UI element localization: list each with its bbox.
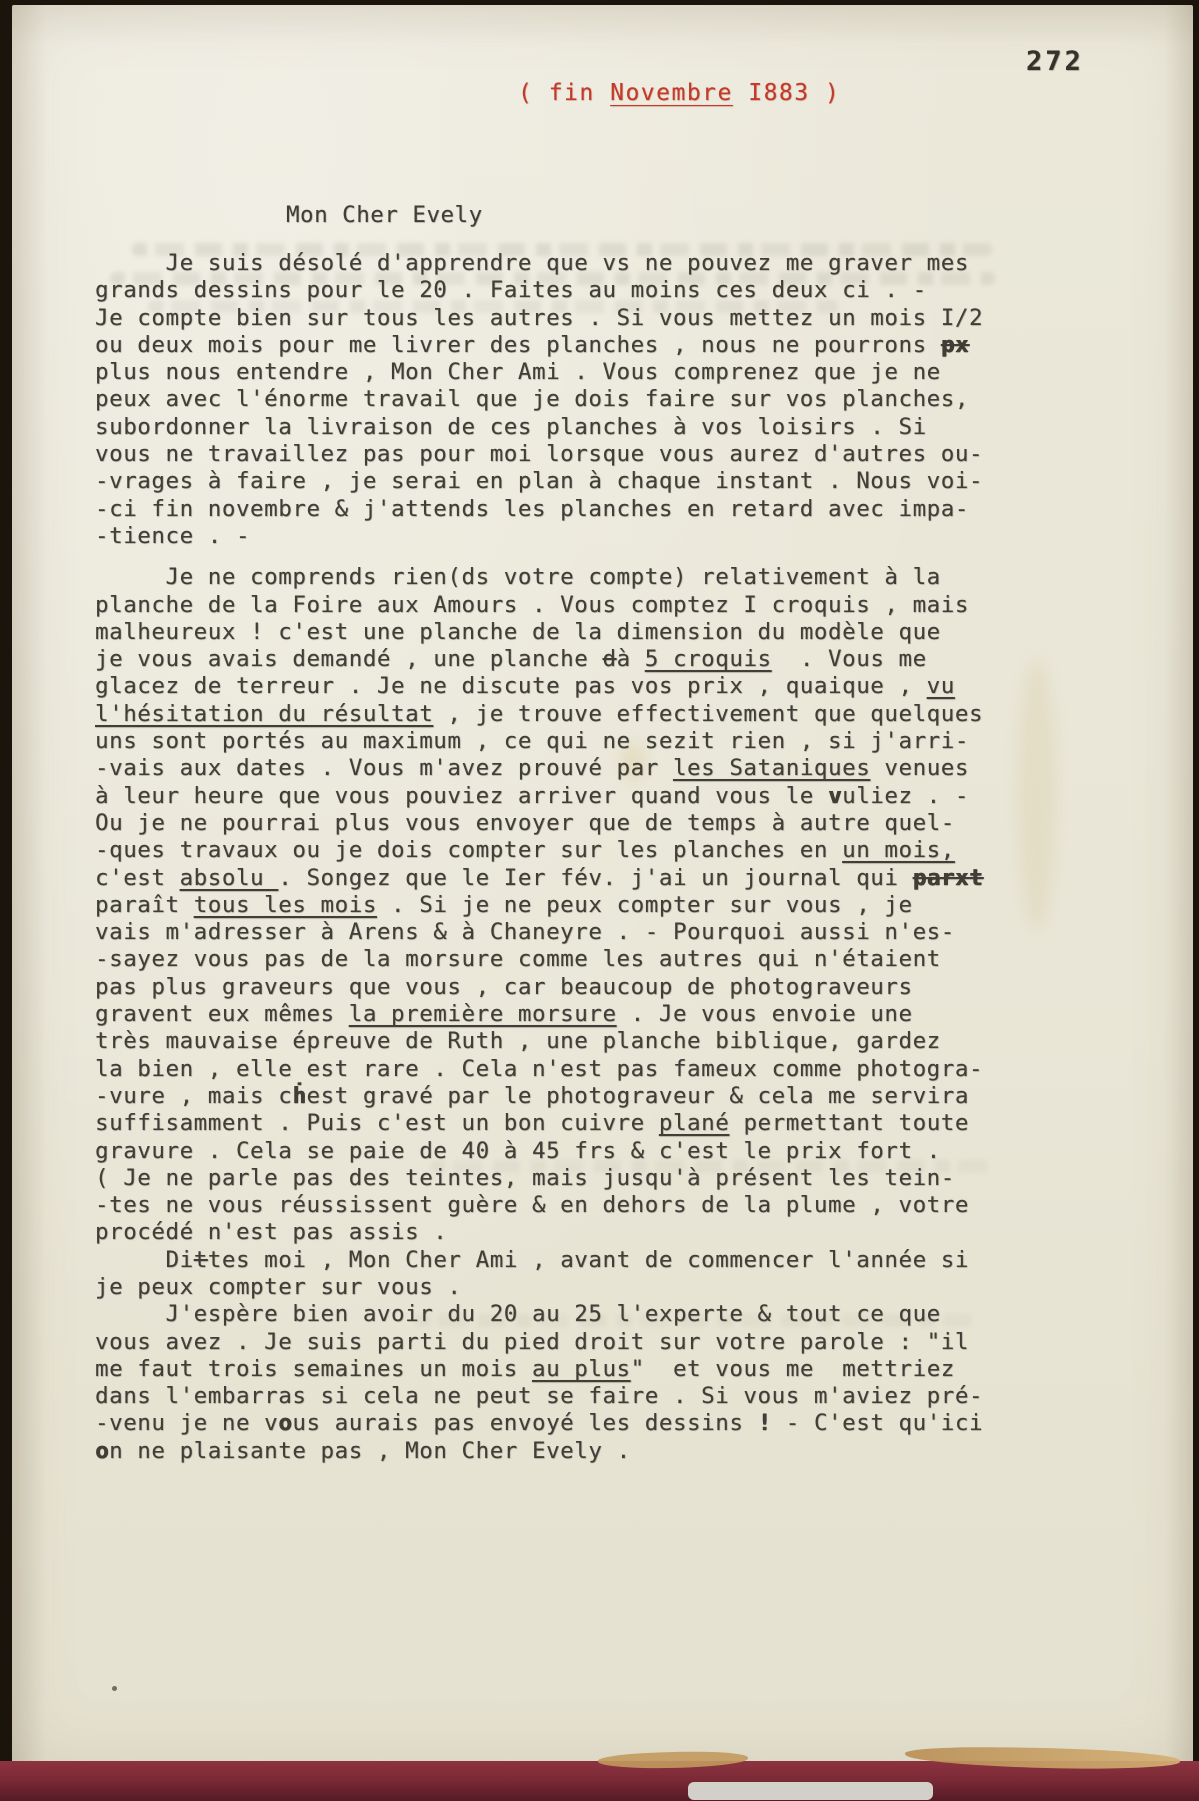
text-segment: malheureux ! c'est une planche de la dim… bbox=[95, 619, 941, 645]
text-segment: procédé n'est pas assis . bbox=[95, 1219, 447, 1245]
text-segment: us aurais pas envoyé les dessins bbox=[292, 1410, 757, 1436]
typed-line: glacez de terreur . Je ne discute pas vo… bbox=[95, 673, 1045, 700]
typed-line: Je suis désolé d'apprendre que vs ne pou… bbox=[95, 250, 1045, 277]
text-segment: paraît bbox=[95, 892, 194, 918]
typed-line: suffisamment . Puis c'est un bon cuivre … bbox=[95, 1110, 1045, 1137]
text-segment: Ou je ne pourrai plus vous envoyer que d… bbox=[95, 810, 955, 836]
typed-line: uns sont portés au maximum , ce qui ne s… bbox=[95, 728, 1045, 755]
typed-line: -venu je ne vous aurais pas envoyé les d… bbox=[95, 1410, 1045, 1437]
text-segment: peux avec l'énorme travail que je dois f… bbox=[95, 386, 969, 412]
text-segment: un mois, bbox=[842, 837, 955, 863]
text-segment: -tience . - bbox=[95, 523, 250, 549]
text-segment: à leur heure que vous pouviez arriver qu… bbox=[95, 783, 828, 809]
typed-line: ( Je ne parle pas des teintes, mais jusq… bbox=[95, 1165, 1045, 1192]
text-segment: pas plus graveurs que vous , car beaucou… bbox=[95, 974, 913, 1000]
text-segment: tes moi , Mon Cher Ami , avant de commen… bbox=[208, 1247, 969, 1273]
typed-line: Ou je ne pourrai plus vous envoyer que d… bbox=[95, 810, 1045, 837]
text-segment: au plus bbox=[532, 1356, 631, 1382]
text-segment: t bbox=[194, 1247, 208, 1273]
scanned-letter-page: { "page": { "number": "272", "salutation… bbox=[0, 0, 1199, 1801]
text-segment: d bbox=[602, 646, 616, 672]
text-segment: -vure , mais c bbox=[95, 1083, 292, 1109]
typed-line: Je compte bien sur tous les autres . Si … bbox=[95, 305, 1045, 332]
text-segment: vu bbox=[927, 673, 955, 699]
text-segment: c'est bbox=[95, 865, 180, 891]
text-segment: -ci fin novembre & j'attends les planche… bbox=[95, 496, 969, 522]
typed-line: vous ne travaillez pas pour moi lorsque … bbox=[95, 441, 1045, 468]
text-segment: -venu je ne v bbox=[95, 1410, 278, 1436]
typed-line: planche de la Foire aux Amours . Vous co… bbox=[95, 592, 1045, 619]
typed-line: -vure , mais cḣest gravé par le photogra… bbox=[95, 1083, 1045, 1110]
text-segment: permettant toute bbox=[729, 1110, 969, 1136]
typed-line: je peux compter sur vous . bbox=[95, 1274, 1045, 1301]
typed-line: gravent eux mêmes la première morsure . … bbox=[95, 1001, 1045, 1028]
text-segment: parxt bbox=[913, 865, 983, 891]
typed-line: ou deux mois pour me livrer des planches… bbox=[95, 332, 1045, 359]
typed-line: c'est absolu . Songez que le Ier fév. j'… bbox=[95, 865, 1045, 892]
text-segment: à bbox=[617, 646, 645, 672]
paragraph: Je ne comprends rien(ds votre compte) re… bbox=[95, 564, 1045, 1246]
typed-line: à leur heure que vous pouviez arriver qu… bbox=[95, 783, 1045, 810]
text-segment: suffisamment . Puis c'est un bon cuivre bbox=[95, 1110, 659, 1136]
text-segment: uliez . - bbox=[842, 783, 969, 809]
text-segment: je peux compter sur vous . bbox=[95, 1274, 462, 1300]
paragraph: J'espère bien avoir du 20 au 25 l'expert… bbox=[95, 1301, 1045, 1465]
text-segment: ( Je ne parle pas des teintes, mais jusq… bbox=[95, 1165, 955, 1191]
text-segment: Je ne comprends rien(ds votre compte) re… bbox=[95, 564, 941, 590]
typed-line: la bien , elle est rare . Cela n'est pas… bbox=[95, 1056, 1045, 1083]
text-segment: planche de la Foire aux Amours . Vous co… bbox=[95, 592, 969, 618]
typed-line: -ci fin novembre & j'attends les planche… bbox=[95, 496, 1045, 523]
binding-gap bbox=[688, 1782, 933, 1800]
text-segment: uns sont portés au maximum , ce qui ne s… bbox=[95, 728, 969, 754]
text-segment: -vrages à faire , je serai en plan à cha… bbox=[95, 468, 983, 494]
text-segment: " et vous me mettriez bbox=[631, 1356, 955, 1382]
text-segment: me faut trois semaines un mois bbox=[95, 1356, 532, 1382]
text-segment: J'espère bien avoir du 20 au 25 l'expert… bbox=[95, 1301, 941, 1327]
typed-line: vais m'adresser à Arens & à Chaneyre . -… bbox=[95, 919, 1045, 946]
text-segment: est gravé par le photograveur & cela me … bbox=[306, 1083, 969, 1109]
text-segment: -vais aux dates . Vous m'avez prouvé par bbox=[95, 755, 673, 781]
typed-line: Je ne comprends rien(ds votre compte) re… bbox=[95, 564, 1045, 591]
text-segment: la bien , elle est rare . Cela n'est pas… bbox=[95, 1056, 983, 1082]
typed-line: Dittes moi , Mon Cher Ami , avant de com… bbox=[95, 1247, 1045, 1274]
typed-line: malheureux ! c'est une planche de la dim… bbox=[95, 619, 1045, 646]
text-segment: très mauvaise épreuve de Ruth , une plan… bbox=[95, 1028, 941, 1054]
text-segment: subordonner la livraison de ces planches… bbox=[95, 414, 927, 440]
text-segment: plané bbox=[659, 1110, 729, 1136]
text-segment: v bbox=[828, 783, 842, 809]
typed-line: -tes ne vous réussissent guère & en deho… bbox=[95, 1192, 1045, 1219]
stray-ink-dot bbox=[112, 1686, 117, 1691]
salutation: Mon Cher Evely bbox=[286, 202, 483, 228]
typed-line: J'espère bien avoir du 20 au 25 l'expert… bbox=[95, 1301, 1045, 1328]
typed-line: grands dessins pour le 20 . Faites au mo… bbox=[95, 277, 1045, 304]
text-segment: Novembre bbox=[610, 80, 733, 106]
text-segment: I883 ) bbox=[733, 80, 840, 106]
typed-line: paraît tous les mois . Si je ne peux com… bbox=[95, 892, 1045, 919]
text-segment: je vous avais demandé , une planche bbox=[95, 646, 602, 672]
text-segment: grands dessins pour le 20 . Faites au mo… bbox=[95, 277, 927, 303]
text-segment: , je trouve effectivement que quelques bbox=[433, 701, 983, 727]
text-segment: vous ne travaillez pas pour moi lorsque … bbox=[95, 441, 983, 467]
text-segment: o bbox=[278, 1410, 292, 1436]
text-segment: ( fin bbox=[518, 80, 610, 106]
typed-line: dans l'embarras si cela ne peut se faire… bbox=[95, 1383, 1045, 1410]
text-segment: Je compte bien sur tous les autres . Si … bbox=[95, 305, 983, 331]
text-segment: . Vous me bbox=[772, 646, 927, 672]
text-segment: Di bbox=[95, 1247, 194, 1273]
text-segment: glacez de terreur . Je ne discute pas vo… bbox=[95, 673, 927, 699]
text-segment: n ne plaisante pas , Mon Cher Evely . bbox=[109, 1438, 631, 1464]
text-segment: -tes ne vous réussissent guère & en deho… bbox=[95, 1192, 969, 1218]
page-number: 272 bbox=[1026, 46, 1084, 77]
paragraph: Je suis désolé d'apprendre que vs ne pou… bbox=[95, 250, 1045, 550]
text-segment: vous avez . Je suis parti du pied droit … bbox=[95, 1329, 969, 1355]
typed-line: procédé n'est pas assis . bbox=[95, 1219, 1045, 1246]
text-segment: absolu bbox=[180, 865, 279, 891]
typed-line: très mauvaise épreuve de Ruth , une plan… bbox=[95, 1028, 1045, 1055]
text-segment: ḣ bbox=[292, 1083, 306, 1109]
text-segment: la première morsure bbox=[349, 1001, 617, 1027]
text-segment: 5 croquis bbox=[645, 646, 772, 672]
text-segment: . Si je ne peux compter sur vous , je bbox=[377, 892, 913, 918]
text-segment: dans l'embarras si cela ne peut se faire… bbox=[95, 1383, 983, 1409]
typed-line: peux avec l'énorme travail que je dois f… bbox=[95, 386, 1045, 413]
typed-line: -ques travaux ou je dois compter sur les… bbox=[95, 837, 1045, 864]
typed-line: l'hésitation du résultat , je trouve eff… bbox=[95, 701, 1045, 728]
typed-line: subordonner la livraison de ces planches… bbox=[95, 414, 1045, 441]
text-segment: Je suis désolé d'apprendre que vs ne pou… bbox=[95, 250, 969, 276]
text-segment: gravure . Cela se paie de 40 à 45 frs & … bbox=[95, 1138, 941, 1164]
text-segment: l'hésitation du résultat bbox=[95, 701, 433, 727]
text-segment: o bbox=[95, 1438, 109, 1464]
typed-line: me faut trois semaines un mois au plus" … bbox=[95, 1356, 1045, 1383]
text-segment: les Sataniques bbox=[673, 755, 870, 781]
typed-line: je vous avais demandé , une planche dà 5… bbox=[95, 646, 1045, 673]
typed-line: gravure . Cela se paie de 40 à 45 frs & … bbox=[95, 1138, 1045, 1165]
letter-body: Je suis désolé d'apprendre que vs ne pou… bbox=[95, 250, 1045, 1465]
typed-line: plus nous entendre , Mon Cher Ami . Vous… bbox=[95, 359, 1045, 386]
typed-line: -tience . - bbox=[95, 523, 1045, 550]
text-segment: - C'est qu'ici bbox=[772, 1410, 983, 1436]
text-segment: venues bbox=[870, 755, 969, 781]
text-segment: tous les mois bbox=[194, 892, 377, 918]
text-segment: -ques travaux ou je dois compter sur les… bbox=[95, 837, 842, 863]
typed-line: -vrages à faire , je serai en plan à cha… bbox=[95, 468, 1045, 495]
text-segment: ! bbox=[758, 1410, 772, 1436]
typed-line: pas plus graveurs que vous , car beaucou… bbox=[95, 974, 1045, 1001]
typed-line: vous avez . Je suis parti du pied droit … bbox=[95, 1329, 1045, 1356]
text-segment: gravent eux mêmes bbox=[95, 1001, 349, 1027]
text-segment: plus nous entendre , Mon Cher Ami . Vous… bbox=[95, 359, 941, 385]
date-line: ( fin Novembre I883 ) bbox=[518, 80, 840, 106]
text-segment: . Songez que le Ier fév. j'ai un journal… bbox=[278, 865, 912, 891]
typed-line: on ne plaisante pas , Mon Cher Evely . bbox=[95, 1438, 1045, 1465]
text-segment: ou deux mois pour me livrer des planches… bbox=[95, 332, 941, 358]
typed-line: -vais aux dates . Vous m'avez prouvé par… bbox=[95, 755, 1045, 782]
text-segment: . Je vous envoie une bbox=[617, 1001, 913, 1027]
text-segment: px bbox=[941, 332, 969, 358]
text-segment: -sayez vous pas de la morsure comme les … bbox=[95, 946, 941, 972]
typed-line: -sayez vous pas de la morsure comme les … bbox=[95, 946, 1045, 973]
text-segment: vais m'adresser à Arens & à Chaneyre . -… bbox=[95, 919, 955, 945]
paragraph: Dittes moi , Mon Cher Ami , avant de com… bbox=[95, 1247, 1045, 1302]
